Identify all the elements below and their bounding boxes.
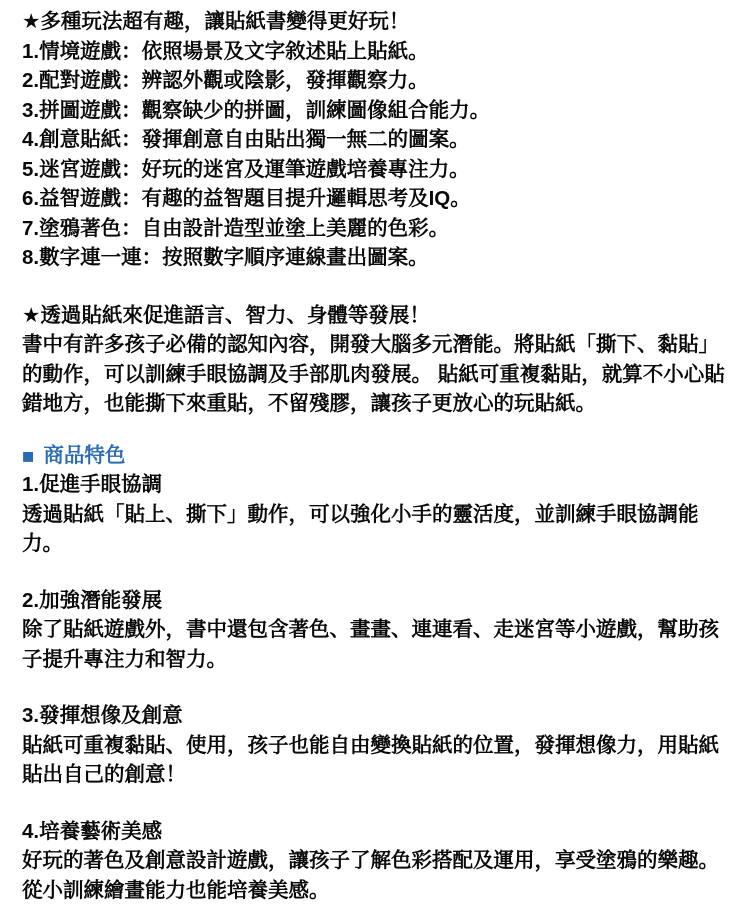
text-line: 書中有許多孩子必備的認知內容，開發大腦多元潛能。將貼紙「撕下、黏貼」 bbox=[22, 330, 738, 360]
section-benefits: ★透過貼紙來促進語言、智力、身體等發展！ 書中有許多孩子必備的認知內容，開發大腦… bbox=[22, 301, 738, 419]
list-item: 5.迷宮遊戲：好玩的迷宮及運筆遊戲培養專注力。 bbox=[22, 155, 738, 185]
text-line: 從小訓練繪畫能力也能培養美感。 bbox=[22, 876, 738, 906]
text-line: 的動作，可以訓練手眼協調及手部肌肉發展。 貼紙可重複黏貼，就算不小心貼 bbox=[22, 360, 738, 390]
feature-title: 4.培養藝術美感 bbox=[22, 817, 738, 847]
feature-item: 1.促進手眼協調 透過貼紙「貼上、撕下」動作，可以強化小手的靈活度，並訓練手眼協… bbox=[22, 470, 738, 559]
list-item: 2.配對遊戲：辨認外觀或陰影，發揮觀察力。 bbox=[22, 66, 738, 96]
text-line: 貼出自己的創意！ bbox=[22, 760, 738, 790]
intro-heading: ★多種玩法超有趣，讓貼紙書變得更好玩！ bbox=[22, 7, 738, 37]
product-description-page: ★多種玩法超有趣，讓貼紙書變得更好玩！ 1.情境遊戲：依照場景及文字敘述貼上貼紙… bbox=[0, 0, 750, 915]
feature-title: 1.促進手眼協調 bbox=[22, 470, 738, 500]
square-bullet-icon: ■ bbox=[22, 442, 34, 472]
list-item: 6.益智遊戲：有趣的益智題目提升邏輯思考及IQ。 bbox=[22, 184, 738, 214]
list-item: 8.數字連一連：按照數字順序連線畫出圖案。 bbox=[22, 243, 738, 273]
list-item: 7.塗鴉著色：自由設計造型並塗上美麗的色彩。 bbox=[22, 214, 738, 244]
feature-item: 2.加強潛能發展 除了貼紙遊戲外，書中還包含著色、畫畫、連連看、走迷宮等小遊戲，… bbox=[22, 586, 738, 675]
text-line: 子提升專注力和智力。 bbox=[22, 645, 738, 675]
list-item: 1.情境遊戲：依照場景及文字敘述貼上貼紙。 bbox=[22, 37, 738, 67]
feature-item: 3.發揮想像及創意 貼紙可重複黏貼、使用，孩子也能自由變換貼紙的位置，發揮想像力… bbox=[22, 701, 738, 790]
text-line: 錯地方，也能撕下來重貼，不留殘膠，讓孩子更放心的玩貼紙。 bbox=[22, 389, 738, 419]
benefits-heading: ★透過貼紙來促進語言、智力、身體等發展！ bbox=[22, 301, 738, 331]
features-heading-label: 商品特色 bbox=[43, 441, 125, 471]
text-line: 除了貼紙遊戲外，書中還包含著色、畫畫、連連看、走迷宮等小遊戲，幫助孩 bbox=[22, 615, 738, 645]
text-line: 貼紙可重複黏貼、使用，孩子也能自由變換貼紙的位置，發揮想像力，用貼紙 bbox=[22, 731, 738, 761]
list-item: 4.創意貼紙：發揮創意自由貼出獨一無二的圖案。 bbox=[22, 125, 738, 155]
section-features: ■ 商品特色 1.促進手眼協調 透過貼紙「貼上、撕下」動作，可以強化小手的靈活度… bbox=[22, 441, 738, 906]
features-heading: ■ 商品特色 bbox=[22, 441, 738, 471]
feature-title: 3.發揮想像及創意 bbox=[22, 701, 738, 731]
list-item: 3.拼圖遊戲：觀察缺少的拼圖，訓練圖像組合能力。 bbox=[22, 96, 738, 126]
text-line: 好玩的著色及創意設計遊戲，讓孩子了解色彩搭配及運用，享受塗鴉的樂趣。 bbox=[22, 846, 738, 876]
text-line: 透過貼紙「貼上、撕下」動作，可以強化小手的靈活度，並訓練手眼協調能力。 bbox=[22, 500, 738, 559]
feature-title: 2.加強潛能發展 bbox=[22, 586, 738, 616]
feature-item: 4.培養藝術美感 好玩的著色及創意設計遊戲，讓孩子了解色彩搭配及運用，享受塗鴉的… bbox=[22, 817, 738, 906]
section-play-modes: ★多種玩法超有趣，讓貼紙書變得更好玩！ 1.情境遊戲：依照場景及文字敘述貼上貼紙… bbox=[22, 7, 738, 273]
